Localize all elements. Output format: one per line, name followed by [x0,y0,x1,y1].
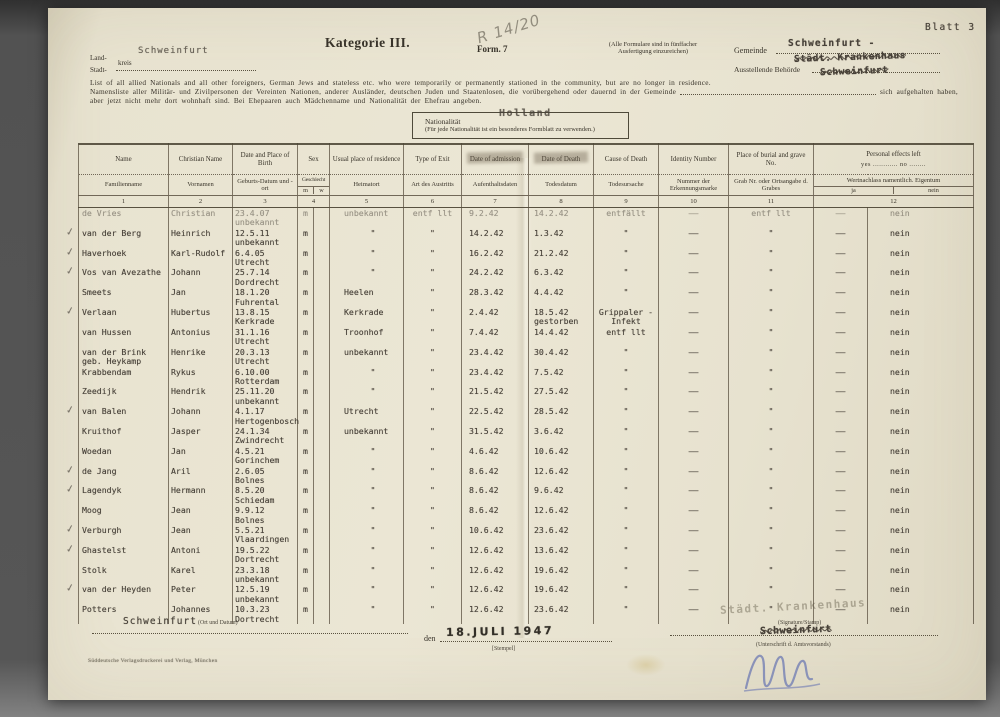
cell-death-cause: " [594,565,659,585]
col-header-en-sex: Sex [298,144,330,175]
cell-death-date: 27.5.42 [529,386,594,406]
cell-effects-no: nein [868,307,974,327]
cell-birth: 23.4.07unbekannt [233,208,298,228]
cell-burial-place: " [729,347,814,367]
cell-family-name: Krabbendam [79,367,169,387]
cell-effects-no: nein [868,287,974,307]
cell-sex-m: m [298,248,314,268]
cell-sex-w [314,525,330,545]
cell-sex-m: m [298,485,314,505]
cell-effects-yes: —— [814,525,868,545]
cell-sex-w [314,327,330,347]
gemeinde-value: Schweinfurt - [788,38,875,49]
col-header-en-identity: Identity Number [659,144,729,175]
sheet-number: Blatt 3 [925,22,976,33]
cell-identity-number: —— [659,208,729,228]
cell-burial-place: " [729,228,814,248]
cell-death-date: 23.6.42 [529,604,594,624]
nationality-note: (Für jede Nationalität ist ein besondere… [425,126,595,133]
cell-burial-place: " [729,267,814,287]
pencil-checkmark: ✓ [65,247,75,258]
table-header: Name Christian Name Date and Place of Bi… [79,144,974,208]
nationality-value: Holland [499,108,552,119]
col-header-en-effects: Personal effects left yes ............ n… [814,144,974,175]
cell-death-cause: " [594,545,659,565]
cell-birth: 19.5.22Dortrecht [233,545,298,565]
col-header-en-death-cause: Cause of Death [594,144,659,175]
cell-exit-type: " [404,267,462,287]
cell-family-name: van der Berg✓ [79,228,169,248]
pencil-checkmark: ✓ [65,405,75,416]
cell-identity-number: —— [659,505,729,525]
cell-death-cause: " [594,386,659,406]
cell-admission-date: 16.2.42 [462,248,529,268]
cell-family-name: Haverhoek✓ [79,248,169,268]
cell-first-name: Karl-Rudolf [169,248,233,268]
table-row: MoogJean9.9.12Bolnesm""8.6.4212.6.42"——"… [79,505,974,525]
sex-subcolumns: m w [298,186,329,194]
table-row: de Jang✓Aril2.6.05Bolnesm""8.6.4212.6.42… [79,466,974,486]
cell-sex-w [314,386,330,406]
cell-sex-w [314,604,330,624]
cell-death-cause: " [594,485,659,505]
cell-admission-date: 22.5.42 [462,406,529,426]
cell-death-date: 7.5.42 [529,367,594,387]
cell-burial-place: " [729,446,814,466]
cell-death-cause: " [594,446,659,466]
cell-residence: " [330,446,404,466]
cell-death-date: 6.3.42 [529,267,594,287]
cell-residence: " [330,584,404,604]
cell-birth: 8.5.20Schiedam [233,485,298,505]
cell-effects-yes: —— [814,426,868,446]
cell-death-date: 19.6.42 [529,565,594,585]
table-row: StolkKarel23.3.18unbekanntm""12.6.4219.6… [79,565,974,585]
nationality-box: Nationalität Holland (Für jede Nationali… [412,112,629,139]
description-german-line1: Namensliste aller Militär- und Zivilpers… [90,87,958,96]
cell-residence: " [330,525,404,545]
cell-sex-m: m [298,267,314,287]
cell-birth: 25.7.14Dordrecht [233,267,298,287]
copies-note: (Alle Formulare sind in fünffacher Ausfe… [588,41,718,56]
cell-sex-m: m [298,565,314,585]
cell-effects-no: nein [868,545,974,565]
cell-effects-yes: —— [814,248,868,268]
cell-effects-no: nein [868,347,974,367]
cell-sex-w [314,367,330,387]
cell-identity-number: —— [659,228,729,248]
cell-birth: 9.9.12Bolnes [233,505,298,525]
cell-residence: " [330,267,404,287]
cell-effects-no: nein [868,386,974,406]
cell-sex-w [314,307,330,327]
authority-value-line2: Schweinfurt [820,65,889,78]
form-title: Kategorie III. [325,35,410,51]
pencil-checkmark: ✓ [65,267,75,278]
cell-sex-w [314,505,330,525]
cell-sex-w [314,485,330,505]
cell-death-date: 28.5.42 [529,406,594,426]
cell-admission-date: 24.2.42 [462,267,529,287]
cell-sex-m: m [298,208,314,228]
cell-admission-date: 12.6.42 [462,565,529,585]
cell-first-name: Jan [169,287,233,307]
cell-admission-date: 4.6.42 [462,446,529,466]
cell-sex-m: m [298,545,314,565]
col-header-de-identity: Nummer der Erkennungsmarke [659,175,729,196]
cell-birth: 31.1.16Utrecht [233,327,298,347]
table-row: Verlaan✓Hubertus13.8.15KerkrademKerkrade… [79,307,974,327]
description-german-line2: aber jetzt nicht mehr dort wohnhaft sind… [90,96,481,105]
cell-admission-date: 2.4.42 [462,307,529,327]
cell-sex-w [314,426,330,446]
header-row-german: Familienname Vornamen Geburts-Datum und … [79,175,974,196]
cell-identity-number: —— [659,267,729,287]
cell-effects-yes: —— [814,367,868,387]
cell-exit-type: " [404,367,462,387]
cell-admission-date: 7.4.42 [462,327,529,347]
cell-family-name: de Vries [79,208,169,228]
cell-sex-w [314,406,330,426]
cell-residence: Utrecht [330,406,404,426]
cell-family-name: Lagendyk✓ [79,485,169,505]
cell-effects-no: nein [868,327,974,347]
table-row: van der Brinkgeb. HeykampHenrike20.3.13U… [79,347,974,367]
cell-exit-type: " [404,347,462,367]
cell-exit-type: " [404,525,462,545]
cell-exit-type: " [404,584,462,604]
cell-birth: 10.3.23Dortrecht [233,604,298,624]
pencil-checkmark: ✓ [65,227,75,238]
cell-sex-m: m [298,327,314,347]
cell-first-name: Antonius [169,327,233,347]
cell-death-cause: " [594,466,659,486]
cell-burial-place: entf llt [729,208,814,228]
cell-first-name: Jean [169,525,233,545]
cell-death-date: 3.6.42 [529,426,594,446]
cell-death-cause: " [594,367,659,387]
footer-date-dotted-line [440,633,612,642]
cell-family-name: van Balen✓ [79,406,169,426]
cell-identity-number: —— [659,525,729,545]
cell-admission-date: 8.6.42 [462,485,529,505]
cell-admission-date: 8.6.42 [462,466,529,486]
cell-burial-place: " [729,466,814,486]
cell-death-cause: " [594,525,659,545]
cell-death-date: 4.4.42 [529,287,594,307]
cell-residence: " [330,466,404,486]
cell-sex-w [314,565,330,585]
cell-first-name: Aril [169,466,233,486]
cell-birth: 6.10.00Rotterdam [233,367,298,387]
cell-birth: 23.3.18unbekannt [233,565,298,585]
kreis-label-stadt: Stadt- [90,66,107,74]
cell-burial-place: " [729,406,814,426]
cell-burial-place: " [729,545,814,565]
cell-exit-type: " [404,505,462,525]
cell-effects-no: nein [868,466,974,486]
cell-admission-date: 31.5.42 [462,426,529,446]
cell-family-name: Verburgh✓ [79,525,169,545]
col-header-en-name: Name [79,144,169,175]
col-header-en-birth: Date and Place of Birth [233,144,298,175]
col-header-de-residence: Heimatort [330,175,404,196]
cell-first-name: Peter [169,584,233,604]
cell-admission-date: 8.6.42 [462,505,529,525]
cell-sex-m: m [298,466,314,486]
table-row: Vos van Avezathe✓Johann25.7.14Dordrechtm… [79,267,974,287]
cell-identity-number: —— [659,248,729,268]
cell-residence: Heelen [330,287,404,307]
cell-residence: " [330,485,404,505]
col-header-de-burial: Grab Nr. oder Ortsangabe d. Grabes [729,175,814,196]
cell-family-name: van Hussen [79,327,169,347]
cell-death-cause: " [594,267,659,287]
header-row-english: Name Christian Name Date and Place of Bi… [79,144,974,175]
cell-sex-w [314,267,330,287]
cell-exit-type: " [404,446,462,466]
cell-death-cause: " [594,347,659,367]
cell-sex-m: m [298,426,314,446]
cell-death-cause: " [594,604,659,624]
cell-first-name: Karel [169,565,233,585]
cell-birth: 2.6.05Bolnes [233,466,298,486]
authority-label: Ausstellende Behörde [734,65,800,74]
cell-effects-no: nein [868,584,974,604]
cell-burial-place: " [729,287,814,307]
cell-death-cause: " [594,228,659,248]
cell-sex-m: m [298,367,314,387]
table-body: de VriesChristian23.4.07unbekanntmunbeka… [79,208,974,625]
cell-death-date: 13.6.42 [529,545,594,565]
table-row: ZeedijkHendrik25.11.20unbekanntm""21.5.4… [79,386,974,406]
cell-identity-number: —— [659,466,729,486]
col-header-en-exit: Type of Exit [404,144,462,175]
cell-death-cause: " [594,248,659,268]
table-row: van der Berg✓Heinrich12.5.11unbekanntm""… [79,228,974,248]
table-row: Haverhoek✓Karl-Rudolf6.4.05Utrechtm""16.… [79,248,974,268]
cell-exit-type: " [404,485,462,505]
cell-exit-type: " [404,466,462,486]
cell-admission-date: 28.3.42 [462,287,529,307]
cell-exit-type: " [404,228,462,248]
cell-admission-date: 12.6.42 [462,584,529,604]
cell-burial-place: " [729,505,814,525]
cell-family-name: Stolk [79,565,169,585]
cell-admission-date: 9.2.42 [462,208,529,228]
cell-family-name: Ghastelst✓ [79,545,169,565]
footer-place-dotted-line [92,625,408,634]
cell-effects-yes: —— [814,228,868,248]
cell-effects-no: nein [868,505,974,525]
description-english: List of all allied Nationals and all oth… [90,78,711,87]
kreis-label-land: Land- [90,54,107,62]
cell-death-cause: " [594,584,659,604]
cell-death-cause: " [594,406,659,426]
cell-first-name: Hubertus [169,307,233,327]
cell-burial-place: " [729,426,814,446]
cell-death-cause: " [594,505,659,525]
col-header-de-christian-name: Vornamen [169,175,233,196]
cell-burial-place: " [729,327,814,347]
cell-admission-date: 21.5.42 [462,386,529,406]
cell-sex-m: m [298,307,314,327]
cell-first-name: Rykus [169,367,233,387]
col-header-en-burial: Place of burial and grave No. [729,144,814,175]
cell-residence: " [330,545,404,565]
cell-first-name: Hermann [169,485,233,505]
cell-sex-w [314,584,330,604]
cell-effects-yes: —— [814,267,868,287]
cell-exit-type: " [404,545,462,565]
pencil-annotation: R 14/20 [475,11,543,47]
cell-residence: " [330,386,404,406]
cell-death-cause: Grippaler -Infekt [594,307,659,327]
cell-effects-no: nein [868,525,974,545]
cell-identity-number: —— [659,545,729,565]
paper-stain [626,654,666,676]
scanned-document-page: Blatt 3 R 14/20 Schweinfurt Land- Stadt-… [0,0,1000,717]
cell-death-date: 30.4.42 [529,347,594,367]
cell-sex-m: m [298,347,314,367]
col-header-de-effects: Wertnachlass namentlich. Eigentum ja nei… [814,175,974,196]
cell-exit-type: " [404,307,462,327]
cell-sex-m: m [298,505,314,525]
cell-effects-yes: —— [814,327,868,347]
cell-residence: " [330,604,404,624]
cell-birth: 24.1.34Zwindrecht [233,426,298,446]
col-header-en-christian-name: Christian Name [169,144,233,175]
cell-death-date: 18.5.42gestorben [529,307,594,327]
cell-family-name: Moog [79,505,169,525]
deaths-table-grid: Name Christian Name Date and Place of Bi… [78,143,974,624]
cell-death-date: 12.6.42 [529,505,594,525]
cell-burial-place: " [729,367,814,387]
table-row: Ghastelst✓Antoni19.5.22Dortrechtm""12.6.… [79,545,974,565]
cell-death-date: 14.2.42 [529,208,594,228]
cell-sex-w [314,208,330,228]
cell-exit-type: " [404,565,462,585]
cell-identity-number: —— [659,584,729,604]
cell-death-date: 12.6.42 [529,466,594,486]
cell-exit-type: " [404,248,462,268]
cell-sex-m: m [298,228,314,248]
cell-first-name: Johann [169,406,233,426]
gemeinde-label: Gemeinde [734,46,767,55]
cell-residence: unbekannt [330,208,404,228]
cell-exit-type: " [404,327,462,347]
cell-admission-date: 23.4.42 [462,367,529,387]
cell-identity-number: —— [659,307,729,327]
cell-identity-number: —— [659,565,729,585]
cell-death-date: 23.6.42 [529,525,594,545]
col-header-de-birth: Geburts-Datum und -ort [233,175,298,196]
cell-exit-type: " [404,386,462,406]
cell-death-date: 14.4.42 [529,327,594,347]
cell-sex-m: m [298,406,314,426]
cell-residence: " [330,248,404,268]
cell-effects-yes: —— [814,466,868,486]
cell-effects-yes: —— [814,208,868,228]
cell-family-name: Zeedijk [79,386,169,406]
cell-exit-type: " [404,406,462,426]
cell-exit-type: " [404,426,462,446]
cell-exit-type: " [404,287,462,307]
cell-first-name: Jasper [169,426,233,446]
table-row: van Balen✓Johann4.1.17HertogenboschmUtre… [79,406,974,426]
table-row: de VriesChristian23.4.07unbekanntmunbeka… [79,208,974,228]
cell-residence: " [330,505,404,525]
cell-sex-w [314,545,330,565]
cell-effects-yes: —— [814,446,868,466]
paper-sheet: Blatt 3 R 14/20 Schweinfurt Land- Stadt-… [48,8,986,700]
col-header-en-residence: Usual place of residence [330,144,404,175]
cell-residence: " [330,565,404,585]
cell-first-name: Jean [169,505,233,525]
cell-sex-m: m [298,287,314,307]
table-row: WoedanJan4.5.21Gorinchemm""4.6.4210.6.42… [79,446,974,466]
col-header-en-death-date: Date of Death [529,144,594,175]
cell-burial-place: " [729,525,814,545]
cell-burial-place: " [729,485,814,505]
cell-family-name: Verlaan✓ [79,307,169,327]
authority-row: Ausstellende Behörde Städt. Krankenhaus … [734,60,942,76]
cell-first-name: Heinrich [169,228,233,248]
cell-effects-no: nein [868,604,974,624]
cell-family-name: van der Heyden✓ [79,584,169,604]
cell-residence: " [330,367,404,387]
cell-first-name: Johann [169,267,233,287]
cell-family-name: van der Brinkgeb. Heykamp [79,347,169,367]
cell-effects-yes: —— [814,406,868,426]
cell-burial-place: " [729,248,814,268]
cell-effects-yes: —— [814,505,868,525]
cell-death-date: 9.6.42 [529,485,594,505]
cell-sex-w [314,228,330,248]
cell-death-cause: " [594,287,659,307]
ink-signature [736,644,828,698]
cell-effects-yes: —— [814,307,868,327]
cell-first-name: Antoni [169,545,233,565]
cell-effects-no: nein [868,248,974,268]
cell-sex-w [314,466,330,486]
cell-identity-number: —— [659,446,729,466]
footer-den-label: den [424,634,436,643]
cell-death-date: 1.3.42 [529,228,594,248]
cell-burial-place: " [729,307,814,327]
cell-effects-no: nein [868,267,974,287]
col-header-de-death-date: Todesdatum [529,175,594,196]
cell-residence: " [330,228,404,248]
cell-effects-no: nein [868,208,974,228]
cell-identity-number: —— [659,604,729,624]
cell-identity-number: —— [659,287,729,307]
cell-first-name: Jan [169,446,233,466]
kreis-value: Schweinfurt [138,46,209,56]
table-row: van HussenAntonius31.1.16UtrechtmTroonho… [79,327,974,347]
cell-sex-w [314,446,330,466]
cell-effects-no: nein [868,406,974,426]
cell-sex-m: m [298,584,314,604]
kreis-block: Schweinfurt Land- Stadt- kreis [88,44,256,78]
cell-admission-date: 12.6.42 [462,604,529,624]
col-header-de-name: Familienname [79,175,169,196]
table-row: Verburgh✓Jean5.5.21Vlaardingenm""10.6.42… [79,525,974,545]
cell-effects-no: nein [868,565,974,585]
cell-sex-w [314,287,330,307]
deaths-table: Name Christian Name Date and Place of Bi… [78,143,974,624]
cell-effects-yes: —— [814,545,868,565]
